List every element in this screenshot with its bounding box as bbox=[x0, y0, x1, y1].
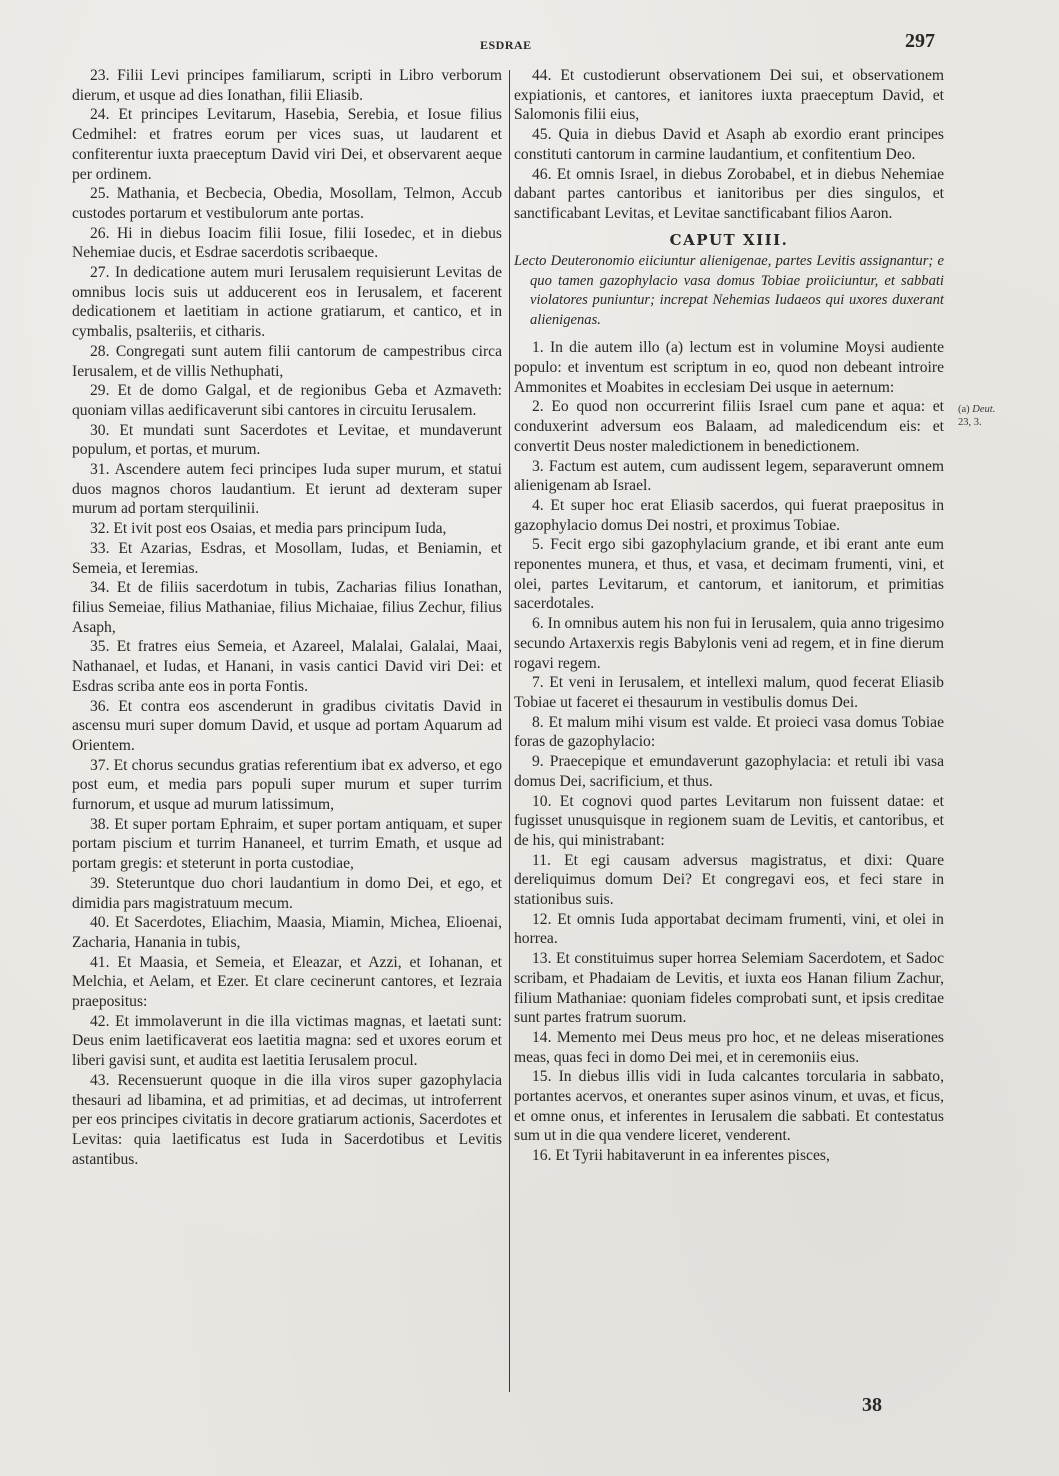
verse: 3. Factum est autem, cum audissent legem… bbox=[514, 457, 944, 496]
verse-number: 16. bbox=[532, 1147, 552, 1164]
verse-text: Praecepique et emundaverunt gazophylacia… bbox=[514, 753, 944, 790]
verse-text: Et de filiis sacerdotum in tubis, Zachar… bbox=[72, 579, 502, 635]
verse: 15. In diebus illis vidi in Iuda calcant… bbox=[514, 1067, 944, 1146]
verse-number: 43. bbox=[90, 1072, 110, 1089]
book-page: ESDRAE 297 23. Filii Levi principes fami… bbox=[0, 0, 1059, 1476]
verse-text: Quia in diebus David et Asaph ab exordio… bbox=[514, 126, 944, 163]
verse: 8. Et malum mihi visum est valde. Et pro… bbox=[514, 713, 944, 752]
verse: 27. In dedicatione autem muri Ierusalem … bbox=[72, 263, 502, 342]
verse: 14. Memento mei Deus meus pro hoc, et ne… bbox=[514, 1028, 944, 1067]
left-column: 23. Filii Levi principes familiarum, scr… bbox=[72, 66, 502, 1169]
verse-number: 45. bbox=[532, 126, 552, 143]
verse-text: Et de domo Galgal, et de regionibus Geba… bbox=[72, 382, 502, 419]
verse-number: 34. bbox=[90, 579, 110, 596]
margin-note-book: Deut. bbox=[972, 404, 995, 415]
verse-number: 40. bbox=[90, 914, 110, 931]
verse: 36. Et contra eos ascenderunt in gradibu… bbox=[72, 697, 502, 756]
verse-text: Et chorus secundus gratias referentium i… bbox=[72, 757, 502, 813]
verse-text: Et super hoc erat Eliasib sacerdos, qui … bbox=[514, 497, 944, 534]
verse-number: 35. bbox=[90, 638, 110, 655]
verse-text: Et malum mihi visum est valde. Et proiec… bbox=[514, 714, 944, 751]
verse-number: 25. bbox=[90, 185, 110, 202]
verse-number: 4. bbox=[532, 497, 544, 514]
verse-number: 28. bbox=[90, 343, 110, 360]
margin-note-verse: 23, 3. bbox=[958, 417, 982, 428]
margin-note-marker: (a) bbox=[958, 404, 970, 415]
chapter-summary: Lecto Deuteronomio eiiciuntur alienigena… bbox=[514, 252, 944, 330]
verse-text: Et Maasia, et Semeia, et Eleazar, et Azz… bbox=[72, 954, 502, 1010]
verse-number: 2. bbox=[532, 398, 544, 415]
margin-reference-note: (a) Deut. 23, 3. bbox=[958, 403, 995, 429]
verse-text: Et ivit post eos Osaias, et media pars p… bbox=[113, 520, 446, 537]
chapter-title: CAPUT XIII. bbox=[514, 231, 944, 251]
verse-text: Memento mei Deus meus pro hoc, et ne del… bbox=[514, 1029, 944, 1066]
verse: 28. Congregati sunt autem filii cantorum… bbox=[72, 342, 502, 381]
verse-text: Et fratres eius Semeia, et Azareel, Mala… bbox=[72, 638, 502, 694]
verse: 25. Mathania, et Becbecia, Obedia, Mosol… bbox=[72, 184, 502, 223]
verse-text: Et Azarias, Esdras, et Mosollam, Iudas, … bbox=[72, 540, 502, 577]
verse: 11. Et egi causam adversus magistratus, … bbox=[514, 851, 944, 910]
verse-number: 46. bbox=[532, 166, 552, 183]
verse-text: In dedicatione autem muri Ierusalem requ… bbox=[72, 264, 502, 340]
page-number: 297 bbox=[905, 30, 935, 53]
verse-number: 23. bbox=[90, 67, 110, 84]
verse-number: 39. bbox=[90, 875, 110, 892]
verse-number: 12. bbox=[532, 911, 552, 928]
verse-text: Et constituimus super horrea Selemiam Sa… bbox=[514, 950, 944, 1026]
verse-number: 37. bbox=[90, 757, 110, 774]
column-divider bbox=[509, 70, 510, 1392]
verse: 42. Et immolaverunt in die illa victimas… bbox=[72, 1012, 502, 1071]
verse-text: Mathania, et Becbecia, Obedia, Mosollam,… bbox=[72, 185, 502, 222]
verse-text: Filii Levi principes familiarum, scripti… bbox=[72, 67, 502, 104]
verse-text: Et Sacerdotes, Eliachim, Maasia, Miamin,… bbox=[72, 914, 502, 951]
verse-number: 7. bbox=[532, 674, 544, 691]
verse: 23. Filii Levi principes familiarum, scr… bbox=[72, 66, 502, 105]
verse-text: Et mundati sunt Sacerdotes et Levitae, e… bbox=[72, 422, 502, 459]
verse-number: 44. bbox=[532, 67, 552, 84]
verse-text: In diebus illis vidi in Iuda calcantes t… bbox=[514, 1068, 944, 1144]
verse-number: 36. bbox=[90, 698, 110, 715]
verse-number: 38. bbox=[90, 816, 110, 833]
verse-text: Et Tyrii habitaverunt in ea inferentes p… bbox=[555, 1147, 829, 1164]
verse-text: Et immolaverunt in die illa victimas mag… bbox=[72, 1013, 502, 1069]
verse-number: 30. bbox=[90, 422, 110, 439]
verse: 24. Et principes Levitarum, Hasebia, Ser… bbox=[72, 105, 502, 184]
verse: 13. Et constituimus super horrea Selemia… bbox=[514, 949, 944, 1028]
verse-text: Recensuerunt quoque in die illa viros su… bbox=[72, 1072, 502, 1168]
verse-number: 14. bbox=[532, 1029, 552, 1046]
verse-text: Et veni in Ierusalem, et intellexi malum… bbox=[514, 674, 944, 711]
verse-text: Et super portam Ephraim, et super portam… bbox=[72, 816, 502, 872]
verse-number: 3. bbox=[532, 458, 544, 475]
verse: 35. Et fratres eius Semeia, et Azareel, … bbox=[72, 637, 502, 696]
verse: 45. Quia in diebus David et Asaph ab exo… bbox=[514, 125, 944, 164]
verse-number: 26. bbox=[90, 225, 110, 242]
verse-number: 31. bbox=[90, 461, 110, 478]
verse-number: 11. bbox=[532, 852, 551, 869]
verses-chapter-13: 1. In die autem illo (a) lectum est in v… bbox=[514, 338, 944, 1166]
verse-number: 24. bbox=[90, 106, 110, 123]
verse-text: Factum est autem, cum audissent legem, s… bbox=[514, 458, 944, 495]
verse: 37. Et chorus secundus gratias referenti… bbox=[72, 756, 502, 815]
verse-number: 13. bbox=[532, 950, 552, 967]
verse-number: 33. bbox=[90, 540, 110, 557]
verse: 2. Eo quod non occurrerint filiis Israel… bbox=[514, 397, 944, 456]
verse: 5. Fecit ergo sibi gazophylacium grande,… bbox=[514, 535, 944, 614]
verse-text: Et contra eos ascenderunt in gradibus ci… bbox=[72, 698, 502, 754]
signature-mark: 38 bbox=[862, 1394, 882, 1417]
verse: 33. Et Azarias, Esdras, et Mosollam, Iud… bbox=[72, 539, 502, 578]
verse: 1. In die autem illo (a) lectum est in v… bbox=[514, 338, 944, 397]
verse-text: Ascendere autem feci principes Iuda supe… bbox=[72, 461, 502, 517]
verse-number: 1. bbox=[532, 339, 544, 356]
verse: 41. Et Maasia, et Semeia, et Eleazar, et… bbox=[72, 953, 502, 1012]
verse-text: Fecit ergo sibi gazophylacium grande, et… bbox=[514, 536, 944, 612]
verse-number: 32. bbox=[90, 520, 110, 537]
verse-number: 29. bbox=[90, 382, 110, 399]
verse-number: 15. bbox=[532, 1068, 552, 1085]
verse: 43. Recensuerunt quoque in die illa viro… bbox=[72, 1071, 502, 1170]
verse-text: In die autem illo (a) lectum est in volu… bbox=[514, 339, 944, 395]
verse: 12. Et omnis Iuda apportabat decimam fru… bbox=[514, 910, 944, 949]
right-column: 44. Et custodierunt observationem Dei su… bbox=[514, 66, 944, 1166]
verse: 39. Steteruntque duo chori laudantium in… bbox=[72, 874, 502, 913]
running-head: ESDRAE bbox=[480, 38, 532, 53]
verse-text: Hi in diebus Ioacim filii Iosue, filii I… bbox=[72, 225, 502, 262]
verse-number: 5. bbox=[532, 536, 544, 553]
verse: 31. Ascendere autem feci principes Iuda … bbox=[72, 460, 502, 519]
verse-text: Steteruntque duo chori laudantium in dom… bbox=[72, 875, 502, 912]
verse: 7. Et veni in Ierusalem, et intellexi ma… bbox=[514, 673, 944, 712]
verse-number: 8. bbox=[532, 714, 544, 731]
verse: 6. In omnibus autem his non fui in Ierus… bbox=[514, 614, 944, 673]
verse-text: Et principes Levitarum, Hasebia, Serebia… bbox=[72, 106, 502, 182]
verse-text: Et omnis Iuda apportabat decimam frument… bbox=[514, 911, 944, 948]
verse: 44. Et custodierunt observationem Dei su… bbox=[514, 66, 944, 125]
verse: 10. Et cognovi quod partes Levitarum non… bbox=[514, 792, 944, 851]
verse: 16. Et Tyrii habitaverunt in ea inferent… bbox=[514, 1146, 944, 1166]
verse-text: Eo quod non occurrerint filiis Israel cu… bbox=[514, 398, 944, 454]
verse: 46. Et omnis Israel, in diebus Zorobabel… bbox=[514, 165, 944, 224]
verse: 30. Et mundati sunt Sacerdotes et Levita… bbox=[72, 421, 502, 460]
verse: 9. Praecepique et emundaverunt gazophyla… bbox=[514, 752, 944, 791]
verse-text: Et custodierunt observationem Dei sui, e… bbox=[514, 67, 944, 123]
verse: 4. Et super hoc erat Eliasib sacerdos, q… bbox=[514, 496, 944, 535]
verse-number: 27. bbox=[90, 264, 110, 281]
verse-text: Et cognovi quod partes Levitarum non fui… bbox=[514, 793, 944, 849]
verses-chapter-12-end: 44. Et custodierunt observationem Dei su… bbox=[514, 66, 944, 224]
verse-text: In omnibus autem his non fui in Ierusale… bbox=[514, 615, 944, 671]
verse-text: Congregati sunt autem filii cantorum de … bbox=[72, 343, 502, 380]
verse: 40. Et Sacerdotes, Eliachim, Maasia, Mia… bbox=[72, 913, 502, 952]
verse: 32. Et ivit post eos Osaias, et media pa… bbox=[72, 519, 502, 539]
verse-text: Et omnis Israel, in diebus Zorobabel, et… bbox=[514, 166, 944, 222]
verse-number: 41. bbox=[90, 954, 110, 971]
verse-number: 10. bbox=[532, 793, 552, 810]
verse-number: 42. bbox=[90, 1013, 110, 1030]
verse-text: Et egi causam adversus magistratus, et d… bbox=[514, 852, 944, 908]
verse: 26. Hi in diebus Ioacim filii Iosue, fil… bbox=[72, 224, 502, 263]
verse-number: 6. bbox=[532, 615, 544, 632]
verse: 29. Et de domo Galgal, et de regionibus … bbox=[72, 381, 502, 420]
verse-number: 9. bbox=[532, 753, 544, 770]
verse: 38. Et super portam Ephraim, et super po… bbox=[72, 815, 502, 874]
verse: 34. Et de filiis sacerdotum in tubis, Za… bbox=[72, 578, 502, 637]
